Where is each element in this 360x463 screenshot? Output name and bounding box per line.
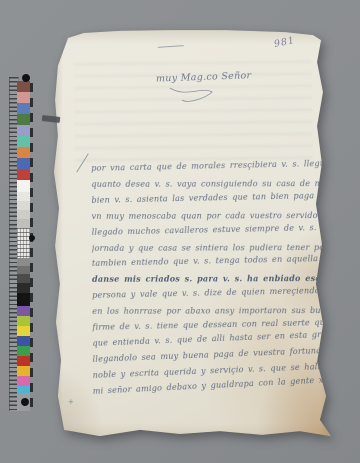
heading-flourish (168, 84, 224, 106)
manuscript-sheet-wrap: 981 muy Mag.co Señor por vna carta que d… (0, 0, 360, 463)
letter-body: por vna carta que de morales rresçibiera… (91, 159, 333, 399)
corner-cross-mark: + (68, 398, 74, 406)
handwritten-line: tambien entiendo que v. s. tenga todos e… (92, 251, 332, 272)
handwritten-line: persona y vale que v. s. dize de quien m… (92, 283, 332, 304)
manuscript-sheet: 981 muy Mag.co Señor por vna carta que d… (52, 28, 334, 444)
pen-trial-mark (158, 45, 184, 54)
folio-number: 981 (273, 35, 296, 50)
photograph-canvas: 981 muy Mag.co Señor por vna carta que d… (0, 0, 360, 463)
